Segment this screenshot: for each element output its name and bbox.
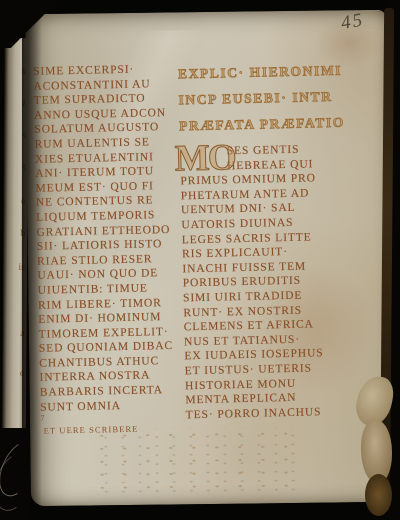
right-text-column: EXPLIC· HIERONIMI INCP EUSEBI· INTR PRÆF… — [178, 57, 386, 423]
correction-text: ET UERE SCRIBERE — [44, 424, 139, 436]
column-heading-line: PRÆFATA PRÆFATIO — [179, 109, 380, 140]
parchment-page: 45 SIME EXCERPSI· ACONSTANTINI AU TEM SU… — [25, 10, 393, 506]
manuscript-photo: 45 SIME EXCERPSI· ACONSTANTINI AU TEM SU… — [0, 0, 400, 520]
correction-line: 7 ET UERE SCRIBERE — [40, 418, 192, 439]
top-left-shadow — [0, 0, 64, 48]
right-column-body: MO SES GENTIS HEBREAE QUI PRIMUS OMNIUM … — [180, 141, 386, 423]
text-line: SUNT OMNIA — [40, 397, 192, 415]
folio-number: 45 — [339, 9, 365, 35]
drop-initial: MO — [175, 141, 235, 176]
rubric-heading: EXPLIC· HIERONIMI INCP EUSEBI· INTR PRÆF… — [178, 57, 380, 140]
left-text-column: SIME EXCERPSI· ACONSTANTINI AU TEM SUPRA… — [33, 62, 193, 439]
damage-blob — [365, 474, 392, 516]
